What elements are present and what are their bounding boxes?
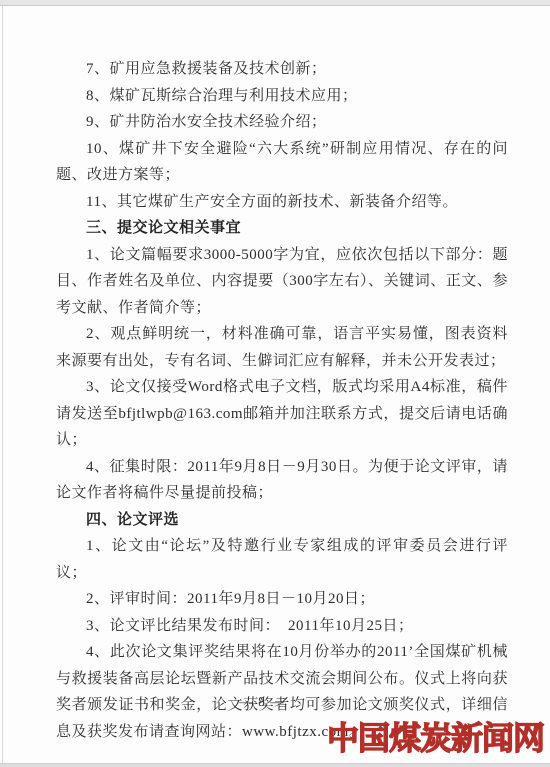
list-item-9: 9、矿井防治水安全技术经验介绍；	[56, 109, 508, 136]
document-page: 7、矿用应急救援装备及技术创新； 8、煤矿瓦斯综合治理与利用技术应用； 9、矿井…	[0, 0, 550, 767]
scan-top-edge	[0, 0, 550, 6]
section4-item-3: 3、论文评比结果发布时间： 2011年10月25日；	[56, 613, 508, 640]
scan-bottom-edge	[0, 763, 550, 767]
list-item-7: 7、矿用应急救援装备及技术创新；	[56, 56, 508, 83]
section3-item-4: 4、征集时限：2011年9月8日－9月30日。为便于论文评审，请论文作者将稿件尽…	[56, 454, 508, 507]
page-number: — 8 —	[36, 694, 488, 710]
list-item-8: 8、煤矿瓦斯综合治理与利用技术应用；	[56, 83, 508, 110]
section-heading-4: 四、论文评选	[56, 507, 508, 534]
section3-item-3: 3、论文仅接受Word格式电子文档，版式均采用A4标准，稿件请发送至bfjtlw…	[56, 374, 508, 454]
section-heading-3: 三、提交论文相关事宜	[56, 215, 508, 242]
list-item-11: 11、其它煤矿生产安全方面的新技术、新装备介绍等。	[56, 189, 508, 216]
scan-left-edge	[2, 4, 3, 767]
section3-item-2: 2、观点鲜明统一，材料准确可靠，语言平实易懂，图表资料来源要有出处，专有名词、生…	[56, 321, 508, 374]
section4-item-2: 2、评审时间：2011年9月8日－10月20日；	[56, 586, 508, 613]
watermark-china-coal-news: 中国煤炭新闻网	[327, 713, 544, 759]
list-item-10: 10、煤矿井下安全避险“六大系统”研制应用情况、存在的问题、改进方案等；	[56, 136, 508, 189]
section4-item-1: 1、论文由“论坛”及特邀行业专家组成的评审委员会进行评议；	[56, 533, 508, 586]
section3-item-1: 1、论文篇幅要求3000-5000字为宜，应依次包括以下部分：题目、作者姓名及单…	[56, 242, 508, 322]
document-body: 7、矿用应急救援装备及技术创新； 8、煤矿瓦斯综合治理与利用技术应用； 9、矿井…	[56, 56, 508, 745]
